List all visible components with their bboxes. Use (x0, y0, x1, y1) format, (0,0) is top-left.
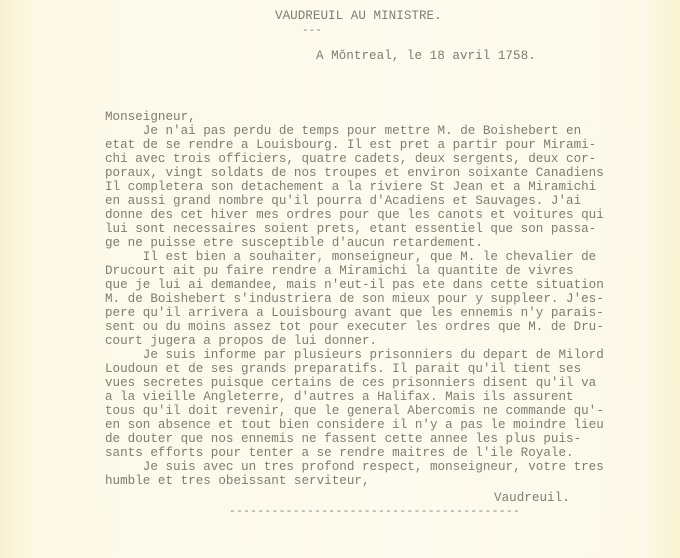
body-line: Drucourt ait pu faire rendre a Miramichi… (105, 264, 604, 278)
body-line: Je n'ai pas perdu de temps pour mettre M… (105, 124, 604, 138)
body-line: sants efforts pour tenter a se rendre ma… (105, 446, 604, 460)
title-separator: --- (302, 24, 322, 38)
closing-rule: ----------------------------------------… (229, 505, 520, 519)
body-line: en son absence et tout bien considere il… (105, 418, 604, 432)
body-line: court jugera a propos de lui donner. (105, 334, 604, 348)
body-line: poraux, vingt soldats de nos troupes et … (105, 166, 604, 180)
signature: Vaudreuil. (494, 491, 570, 505)
body-line: ge ne puisse etre susceptible d'aucun re… (105, 236, 604, 250)
document-title: VAUDREUIL AU MINISTRE. (275, 9, 442, 23)
body-line: vues secretes puisque certains de ces pr… (105, 376, 604, 390)
body-line: donne des cet hiver mes ordres pour que … (105, 208, 604, 222)
body-line: humble et tres obeissant serviteur, (105, 474, 604, 488)
body-line: a la vieille Angleterre, d'autres a Hali… (105, 390, 604, 404)
body-line: Je suis informe par plusieurs prisonnier… (105, 348, 604, 362)
typewritten-page: VAUDREUIL AU MINISTRE. --- A Mŏntreal, l… (0, 0, 680, 558)
body-line: sent ou du moins assez tot pour executer… (105, 320, 604, 334)
salutation: Monseigneur, (105, 110, 604, 124)
letter-body: Monseigneur, Je n'ai pas perdu de temps … (105, 110, 604, 488)
body-line: tous qu'il doit revenir, que le general … (105, 404, 604, 418)
body-line: Il est bien a souhaiter, monseigneur, qu… (105, 250, 604, 264)
body-line: lui sont necessaires soient prets, etant… (105, 222, 604, 236)
body-line: en aussi grand nombre qu'il pourra d'Aca… (105, 194, 604, 208)
body-line: Je suis avec un tres profond respect, mo… (105, 460, 604, 474)
dateline: A Mŏntreal, le 18 avril 1758. (316, 49, 536, 63)
body-line: chi avec trois officiers, quatre cadets,… (105, 152, 604, 166)
body-line: de douter que nos ennemis ne fassent cet… (105, 432, 604, 446)
body-line: Il completera son detachement a la rivie… (105, 180, 604, 194)
body-line: Loudoun et de ses grands preparatifs. Il… (105, 362, 604, 376)
body-line: pere qu'il arrivera a Louisbourg avant q… (105, 306, 604, 320)
body-line: que je lui ai demandee, mais n'eut-il pa… (105, 278, 604, 292)
body-line: M. de Boishebert s'industriera de son mi… (105, 292, 604, 306)
body-line: etat de se rendre a Louisbourg. Il est p… (105, 138, 604, 152)
